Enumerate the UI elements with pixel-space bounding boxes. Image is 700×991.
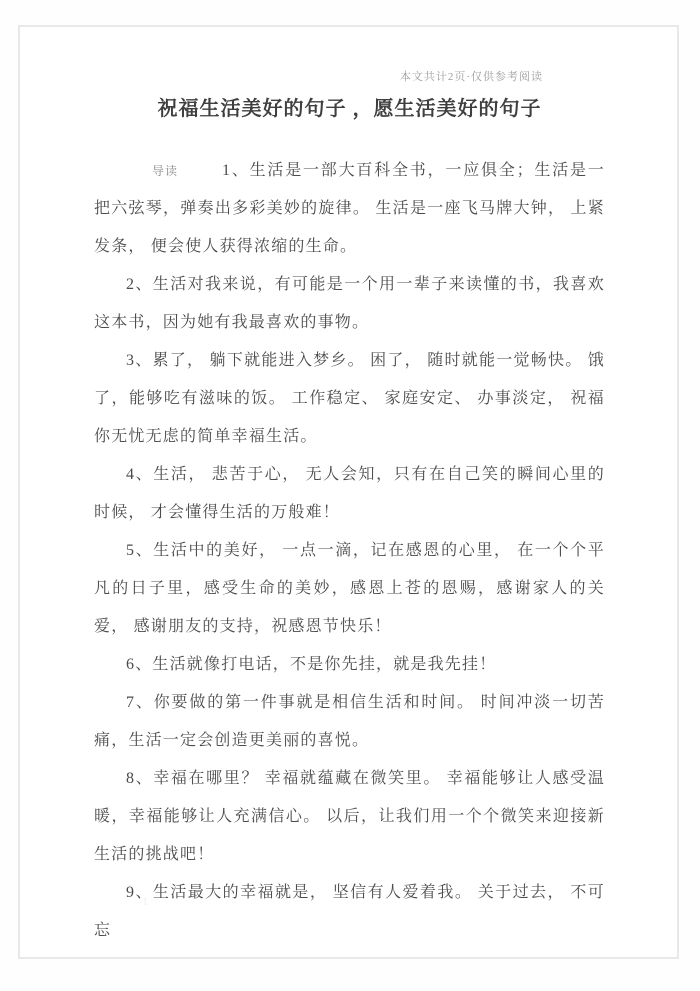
lead-label: 导读 [152, 152, 178, 190]
doc-body: 导读1、生活是一部大百科全书，一应俱全；生活是一把六弦琴，弹奏出多彩美妙的旋律。… [94, 152, 605, 950]
document-header-note: 本文共计2页·仅供参考阅读 [94, 69, 605, 85]
doc-paragraph: 3、累了， 躺下就能进入梦乡。 困了， 随时就能一觉畅快。 饿了，能够吃有滋味的… [94, 342, 605, 456]
doc-paragraph: 5、生活中的美好， 一点一滴，记在感恩的心里， 在一个个平凡的日子里，感受生命的… [94, 532, 605, 646]
doc-paragraph: 9、生活最大的幸福就是， 坚信有人爱着我。 关于过去， 不可忘 [94, 874, 605, 950]
doc-paragraph: 导读1、生活是一部大百科全书，一应俱全；生活是一把六弦琴，弹奏出多彩美妙的旋律。… [94, 152, 605, 266]
page-artifact: 1 [142, 894, 148, 909]
document-page: 本文共计2页·仅供参考阅读 祝福生活美好的句子 ，愿生活美好的句子 导读1、生活… [18, 25, 679, 959]
document-title: 祝福生活美好的句子 ，愿生活美好的句子 [94, 95, 605, 123]
doc-paragraph: 4、生活， 悲苦于心， 无人会知，只有在自己笑的瞬间心里的时候， 才会懂得生活的… [94, 456, 605, 532]
doc-paragraph: 8、幸福在哪里？ 幸福就蕴藏在微笑里。 幸福能够让人感受温暖，幸福能够让人充满信… [94, 760, 605, 874]
document-viewer: 本文共计2页·仅供参考阅读 祝福生活美好的句子 ，愿生活美好的句子 导读1、生活… [0, 0, 700, 991]
doc-paragraph: 7、你要做的第一件事就是相信生活和时间。 时间冲淡一切苦痛，生活一定会创造更美丽… [94, 684, 605, 760]
doc-paragraph: 6、生活就像打电话，不是你先挂，就是我先挂！ [94, 646, 605, 684]
doc-paragraph: 2、生活对我来说，有可能是一个用一辈子来读懂的书，我喜欢这本书，因为她有我最喜欢… [94, 266, 605, 342]
